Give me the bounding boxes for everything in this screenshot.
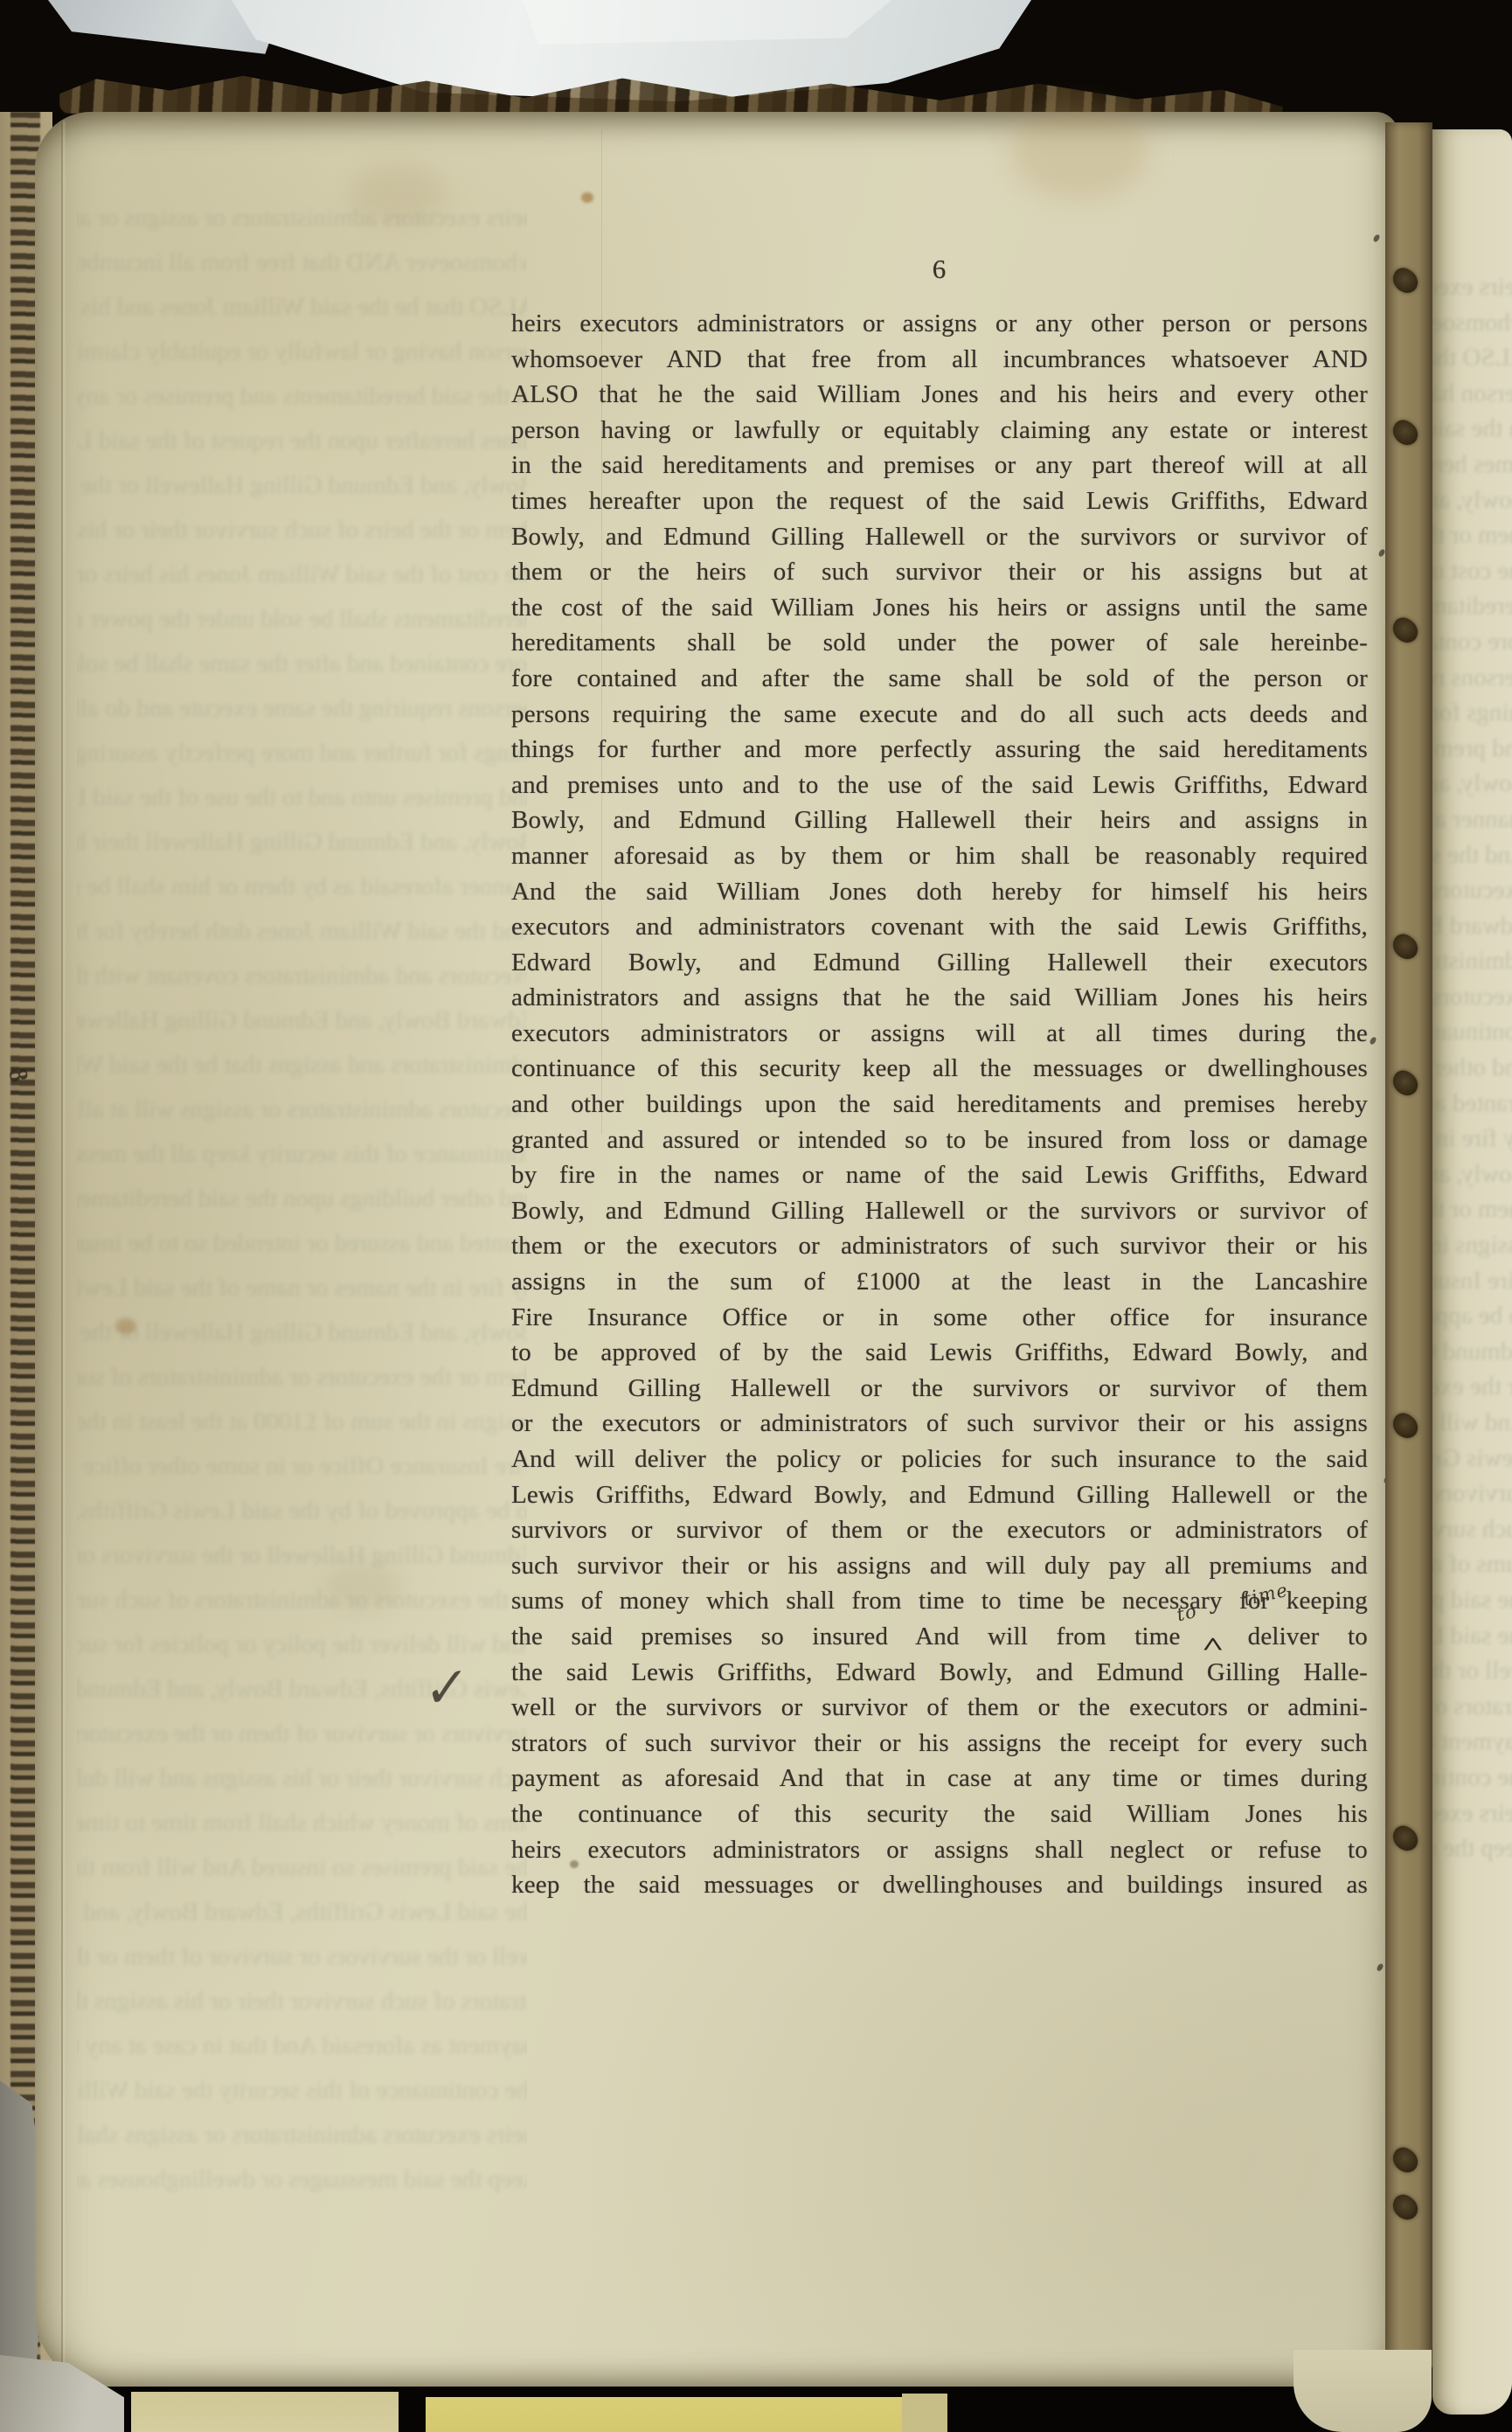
page-number: 6 (511, 254, 1368, 285)
text-line: the said Lewis Griffiths, Edward Bowly, … (511, 1655, 1368, 1691)
bleed-through-lines: heirs executors administrators or assign… (77, 196, 527, 2202)
stitch-knot (1389, 614, 1423, 646)
text-line: assigns in the sum of £1000 at the least… (511, 1264, 1368, 1300)
ink-speck (1373, 233, 1381, 243)
stitch-knot (1389, 264, 1423, 296)
text-line: things for further and more perfectly as… (511, 732, 1368, 768)
bottom-paper-tan (902, 2394, 947, 2432)
text-line: whomsoever AND that free from all incumb… (511, 342, 1368, 378)
text-line: Bowly, and Edmund Gilling Hallewell or t… (511, 519, 1368, 555)
text-line: Fire Insurance Office or in some other o… (511, 1300, 1368, 1336)
photographed-deed-book-page: 8 heirs executors administrators or assi… (0, 0, 1512, 2432)
text-line: person having or lawfully or equitably c… (511, 413, 1368, 448)
stitch-knot (1389, 1067, 1423, 1099)
text-line: such survivor their or his assigns and w… (511, 1548, 1368, 1584)
text-line: fore contained and after the same shall … (511, 661, 1368, 697)
text-line: the continuance of this security the sai… (511, 1796, 1368, 1832)
stain (581, 192, 593, 203)
text-block: heirs executors administrators or assign… (511, 306, 1368, 1903)
text-line: survivors or survivor of them or the exe… (511, 1512, 1368, 1548)
stitch-knot (1389, 1409, 1423, 1442)
handwritten-checkmark: ✓ (423, 1654, 470, 1721)
text-line: Lewis Griffiths, Edward Bowly, and Edmun… (511, 1477, 1368, 1513)
stitch-knot (1389, 2144, 1423, 2176)
handwritten-insertion: to time^ (1209, 1619, 1219, 1644)
stain (1009, 103, 1149, 199)
text-line: And the said William Jones doth hereby f… (511, 874, 1368, 910)
text-line: Edward Bowly, and Edmund Gilling Hallewe… (511, 945, 1368, 981)
fore-edge-number: 8 (0, 1065, 40, 1106)
facing-page-sliver: heirs executors administrators or assign… (1432, 129, 1512, 2415)
text-line: the cost of the said William Jones his h… (511, 590, 1368, 626)
text-line: and other buildings upon the said heredi… (511, 1087, 1368, 1122)
text-line: in the said hereditaments and premises o… (511, 448, 1368, 483)
text-line: Bowly, and Edmund Gilling Hallewell thei… (511, 803, 1368, 838)
binding-gutter (1385, 122, 1432, 2367)
text-line: and premises unto and to the use of the … (511, 768, 1368, 803)
book-page: heirs executors administrators or assign… (35, 112, 1398, 2387)
ink-speck (1370, 1036, 1377, 1046)
text-line: Edmund Gilling Hallewell or the survivor… (511, 1371, 1368, 1407)
text-line: heirs executors administrators or assign… (511, 306, 1368, 342)
text-line: heirs executors administrators or assign… (511, 1832, 1368, 1868)
text-line: hereditaments shall be sold under the po… (511, 625, 1368, 661)
text-line: Bowly, and Edmund Gilling Hallewell or t… (511, 1193, 1368, 1229)
text-line: manner aforesaid as by them or him shall… (511, 838, 1368, 874)
facing-page-bottom-corner (1294, 2350, 1432, 2432)
stitch-knot (1389, 930, 1423, 962)
text-line: strators of such survivor their or his a… (511, 1726, 1368, 1761)
text-line: them or the executors or administrators … (511, 1228, 1368, 1264)
bottom-paper-yellow (426, 2397, 902, 2432)
page-crease (61, 121, 63, 2376)
text-line: granted and assured or intended so to be… (511, 1122, 1368, 1158)
text-line: administrators and assigns that he the s… (511, 980, 1368, 1016)
text-line: times hereafter upon the request of the … (511, 483, 1368, 519)
text-line: or the executors or administrators of su… (511, 1406, 1368, 1442)
text-line: persons requiring the same execute and d… (511, 697, 1368, 733)
text-line: executors and administrators covenant wi… (511, 909, 1368, 945)
text-line: the said premises so insured And will fr… (511, 1619, 1368, 1655)
stitch-knot (1389, 416, 1423, 448)
text-line: them or the heirs of such survivor their… (511, 554, 1368, 590)
bleed-through-text: heirs executors administrators or assign… (77, 196, 527, 2233)
facing-page-bleed-through: heirs executors administrators or assign… (1432, 269, 1512, 1866)
text-line: keep the said messuages or dwellinghouse… (511, 1867, 1368, 1903)
stitch-knot (1389, 2191, 1423, 2223)
text-line: continuance of this security keep all th… (511, 1051, 1368, 1087)
bottom-paper-pale-yellow (131, 2392, 399, 2432)
text-line: to be approved of by the said Lewis Grif… (511, 1335, 1368, 1371)
text-line: well or the survivors or survivor of the… (511, 1690, 1368, 1726)
text-line: by fire in the names or name of the said… (511, 1157, 1368, 1193)
text-line: ALSO that he the said William Jones and … (511, 377, 1368, 413)
stitch-knot (1389, 1822, 1423, 1854)
text-line: And will deliver the policy or policies … (511, 1442, 1368, 1477)
text-line: executors administrators or assigns will… (511, 1016, 1368, 1052)
text-line: payment as aforesaid And that in case at… (511, 1761, 1368, 1796)
ink-speck (1377, 1963, 1384, 1972)
